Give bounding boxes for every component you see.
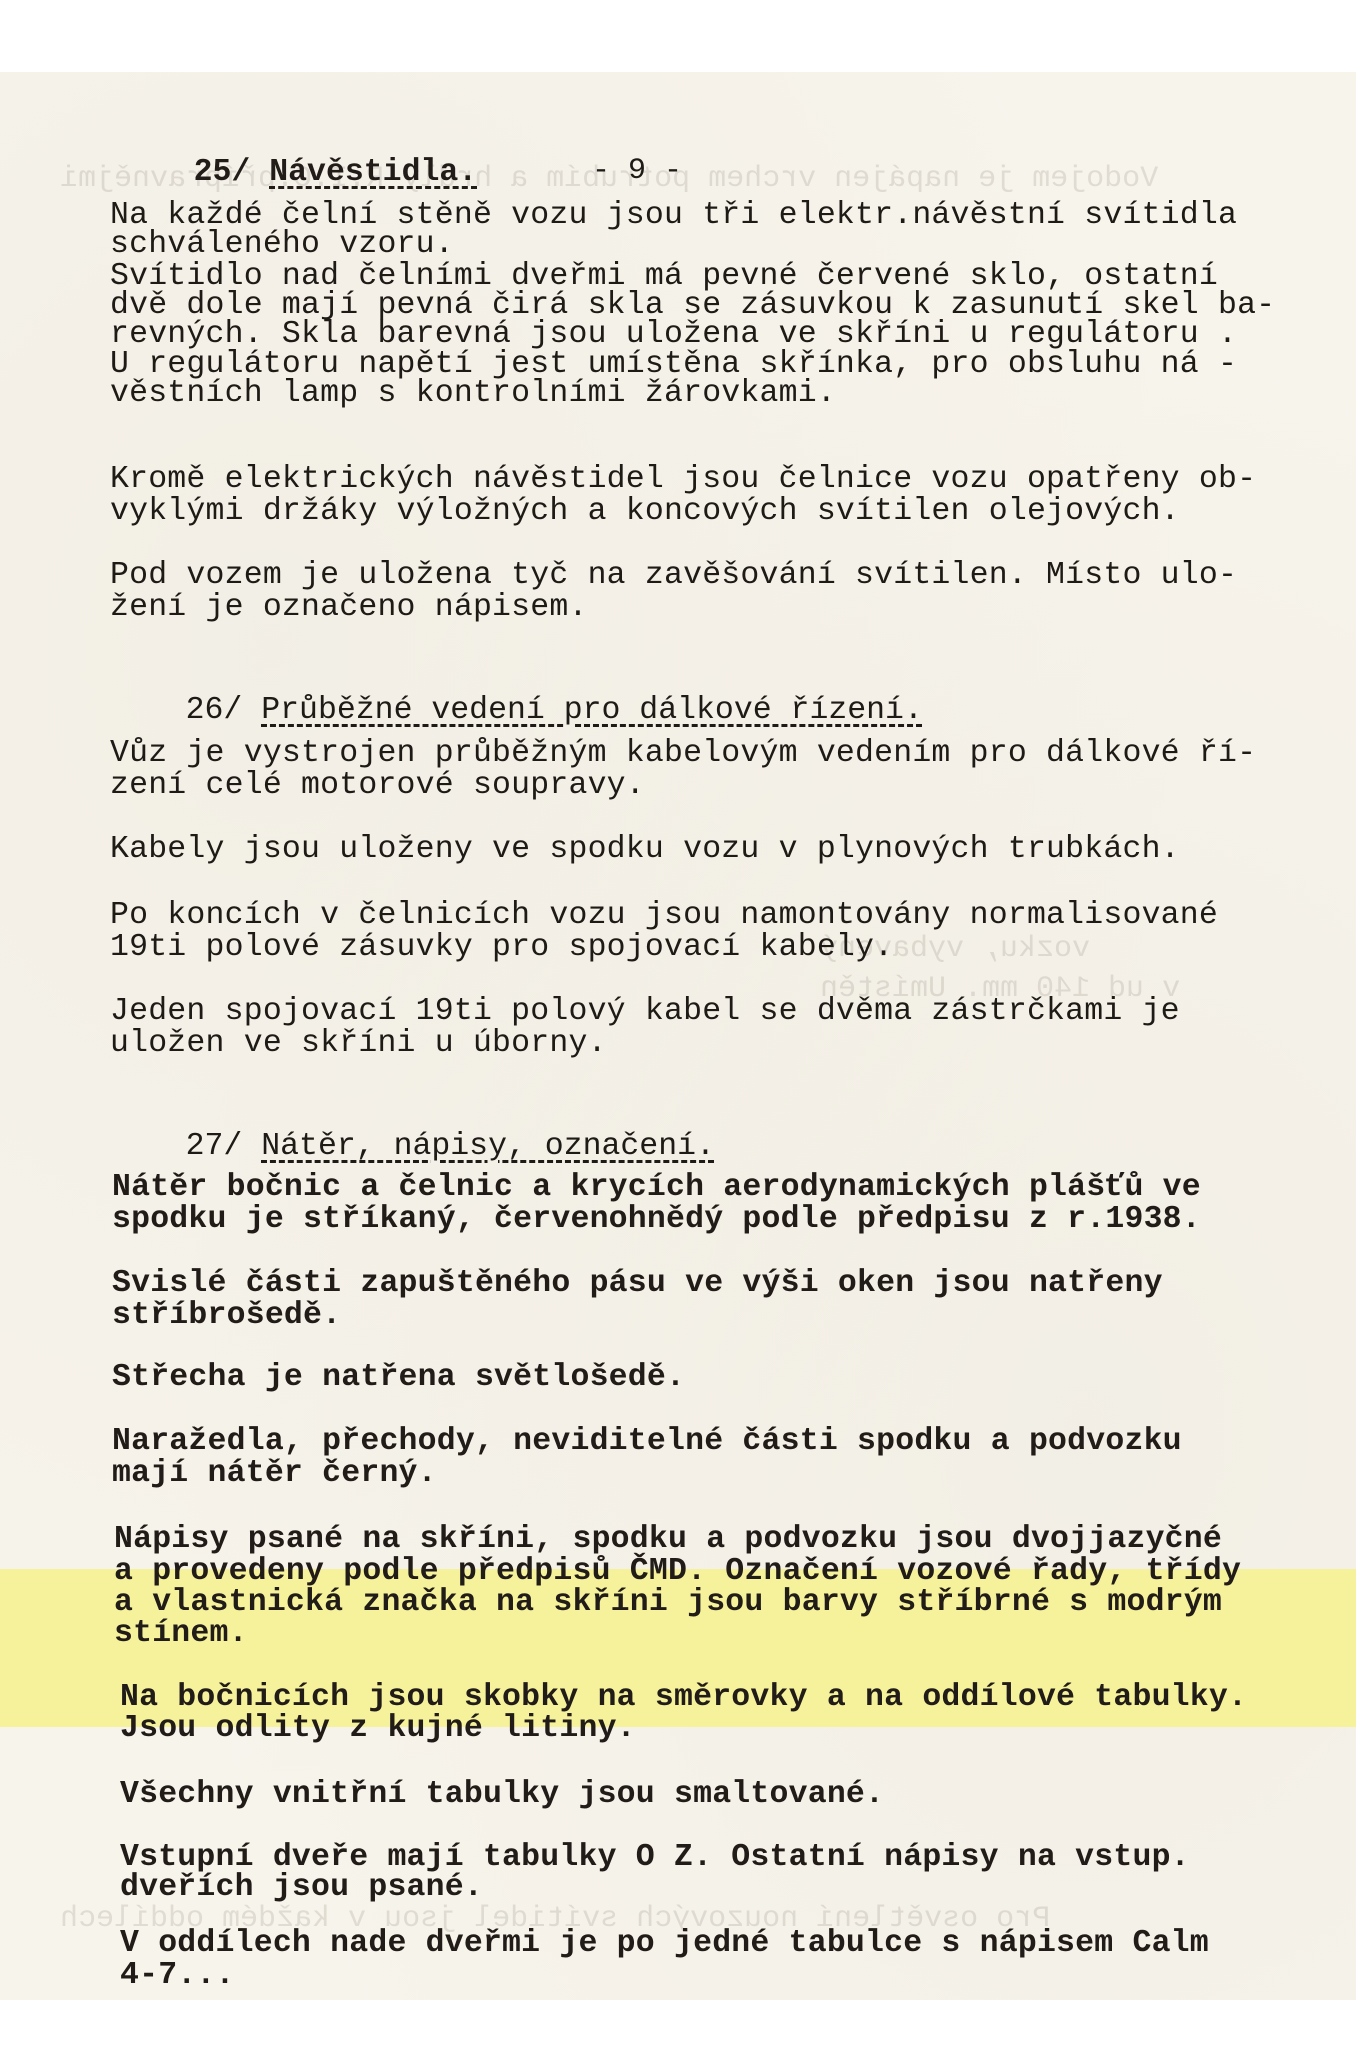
text-line: Kabely jsou uloženy ve spodku vozu v ply… (110, 834, 1180, 866)
section-number: 25/ (194, 155, 251, 190)
text-line: 19ti polové zásuvky pro spojovací kabely… (110, 932, 893, 964)
text-line: vyklými držáky výložných a koncových sví… (110, 496, 1180, 528)
text-line: Vstupní dveře mají tabulky O Z. Ostatní … (120, 1842, 1190, 1874)
text-line: mají nátěr černý. (112, 1458, 437, 1490)
document-page: Vodojem je napájen vrchem potrubím a hrd… (0, 72, 1356, 2000)
text-line: schváleného vzoru. (110, 229, 454, 261)
text-line: Kromě elektrických návěstidel jsou čelni… (110, 464, 1256, 496)
text-line: Jsou odlity z kujné litiny. (120, 1713, 636, 1745)
text-line: zení celé motorové soupravy. (110, 770, 645, 802)
section-title: Průběžné vedení pro dálkové řízení. (261, 693, 923, 728)
text-line: revných. Skla barevná jsou uložena ve sk… (110, 319, 1237, 351)
text-line: Střecha je natřena světlošedě. (112, 1362, 685, 1394)
text-line: Na bočnicích jsou skobky na směrovky a n… (120, 1682, 1247, 1714)
text-line: Všechny vnitřní tabulky jsou smaltované. (120, 1779, 884, 1811)
text-line: Pod vozem je uložena tyč na zavěšování s… (110, 560, 1237, 592)
text-line: Svislé části zapuštěného pásu ve výši ok… (112, 1268, 1163, 1300)
text-line: věstních lamp s kontrolními žárovkami. (110, 378, 836, 410)
page-number: - 9 - (592, 154, 682, 188)
text-line: Naražedla, přechody, neviditelné části s… (112, 1426, 1182, 1458)
text-line: uložen ve skříni u úborny. (110, 1028, 607, 1060)
section-title: Nátěr, nápisy, označení. (261, 1129, 715, 1164)
section-number: 26/ (186, 693, 243, 728)
section-title: Návěstidla. (269, 155, 477, 190)
text-line: stříbrošedě. (112, 1300, 341, 1332)
section-number: 27/ (186, 1129, 243, 1164)
text-line: Nátěr bočnic a čelnic a krycích aerodyna… (112, 1172, 1201, 1204)
text-line: Po koncích v čelnicích vozu jsou namonto… (110, 900, 1218, 932)
highlighted-line: a provedeny podle předpisů ČMD. Označení… (114, 1556, 1241, 1588)
text-line: Vůz je vystrojen průběžným kabelovým ved… (110, 738, 1256, 770)
text-line: dveřích jsou psané. (120, 1872, 483, 1904)
highlighted-line: stínem. (114, 1618, 248, 1650)
highlighted-line: Nápisy psané na skříni, spodku a podvozk… (114, 1524, 1222, 1556)
text-line: 4-7... (120, 1960, 235, 1992)
text-line: žení je označeno nápisem. (110, 592, 588, 624)
text-line: Jeden spojovací 19ti polový kabel se dvě… (110, 996, 1180, 1028)
highlighted-line: a vlastnická značka na skříni jsou barvy… (114, 1587, 1222, 1619)
text-line: V oddílech nade dveřmi je po jedné tabul… (120, 1928, 1209, 1960)
text-line: spodku je stříkaný, červenohnědý podle p… (112, 1204, 1201, 1236)
